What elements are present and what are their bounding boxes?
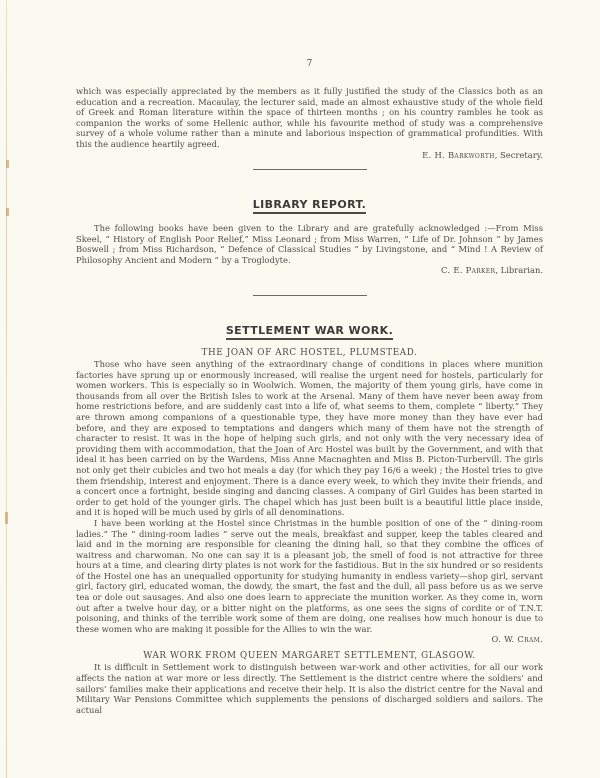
signature-name: O. W. Cram.: [491, 634, 543, 644]
page-number: 7: [76, 59, 543, 69]
signature-name: E. H. Barkworth: [422, 150, 495, 160]
library-report-paragraph: The following books have been given to t…: [76, 223, 543, 265]
page-binding-edge: [6, 0, 7, 778]
library-report-section: LIBRARY REPORT. The following books have…: [76, 198, 543, 276]
queen-margaret-paragraph: It is difficult in Settlement work to di…: [76, 662, 543, 715]
section-divider: [76, 295, 543, 296]
signature-name: C. E. Parker: [441, 265, 495, 275]
intro-paragraph: which was especially appreciated by the …: [76, 86, 543, 150]
secretary-signature: E. H. Barkworth, Secretary.: [76, 150, 543, 161]
paper-stain: [6, 160, 9, 168]
cram-signature: O. W. Cram.: [76, 634, 543, 645]
settlement-war-work-section: SETTLEMENT WAR WORK. THE JOAN OF ARC HOS…: [76, 324, 543, 715]
signature-role: , Secretary.: [495, 150, 543, 160]
joan-of-arc-paragraph-2: I have been working at the Hostel since …: [76, 518, 543, 635]
settlement-war-work-title: SETTLEMENT WAR WORK.: [76, 324, 543, 337]
paper-stain: [5, 512, 8, 524]
section-divider: [76, 169, 543, 170]
joan-of-arc-subheading: THE JOAN OF ARC HOSTEL, PLUMSTEAD.: [76, 347, 543, 359]
divider-rule: [253, 295, 367, 296]
paper-stain: [6, 208, 9, 216]
librarian-signature: C. E. Parker, Librarian.: [76, 265, 543, 276]
joan-of-arc-paragraph-1: Those who have seen anything of the extr…: [76, 359, 543, 518]
signature-role: , Librarian.: [495, 265, 543, 275]
divider-rule: [253, 169, 367, 170]
intro-section: which was especially appreciated by the …: [76, 86, 543, 161]
library-report-title: LIBRARY REPORT.: [76, 198, 543, 211]
queen-margaret-subheading: WAR WORK FROM QUEEN MARGARET SETTLEMENT,…: [76, 650, 543, 662]
